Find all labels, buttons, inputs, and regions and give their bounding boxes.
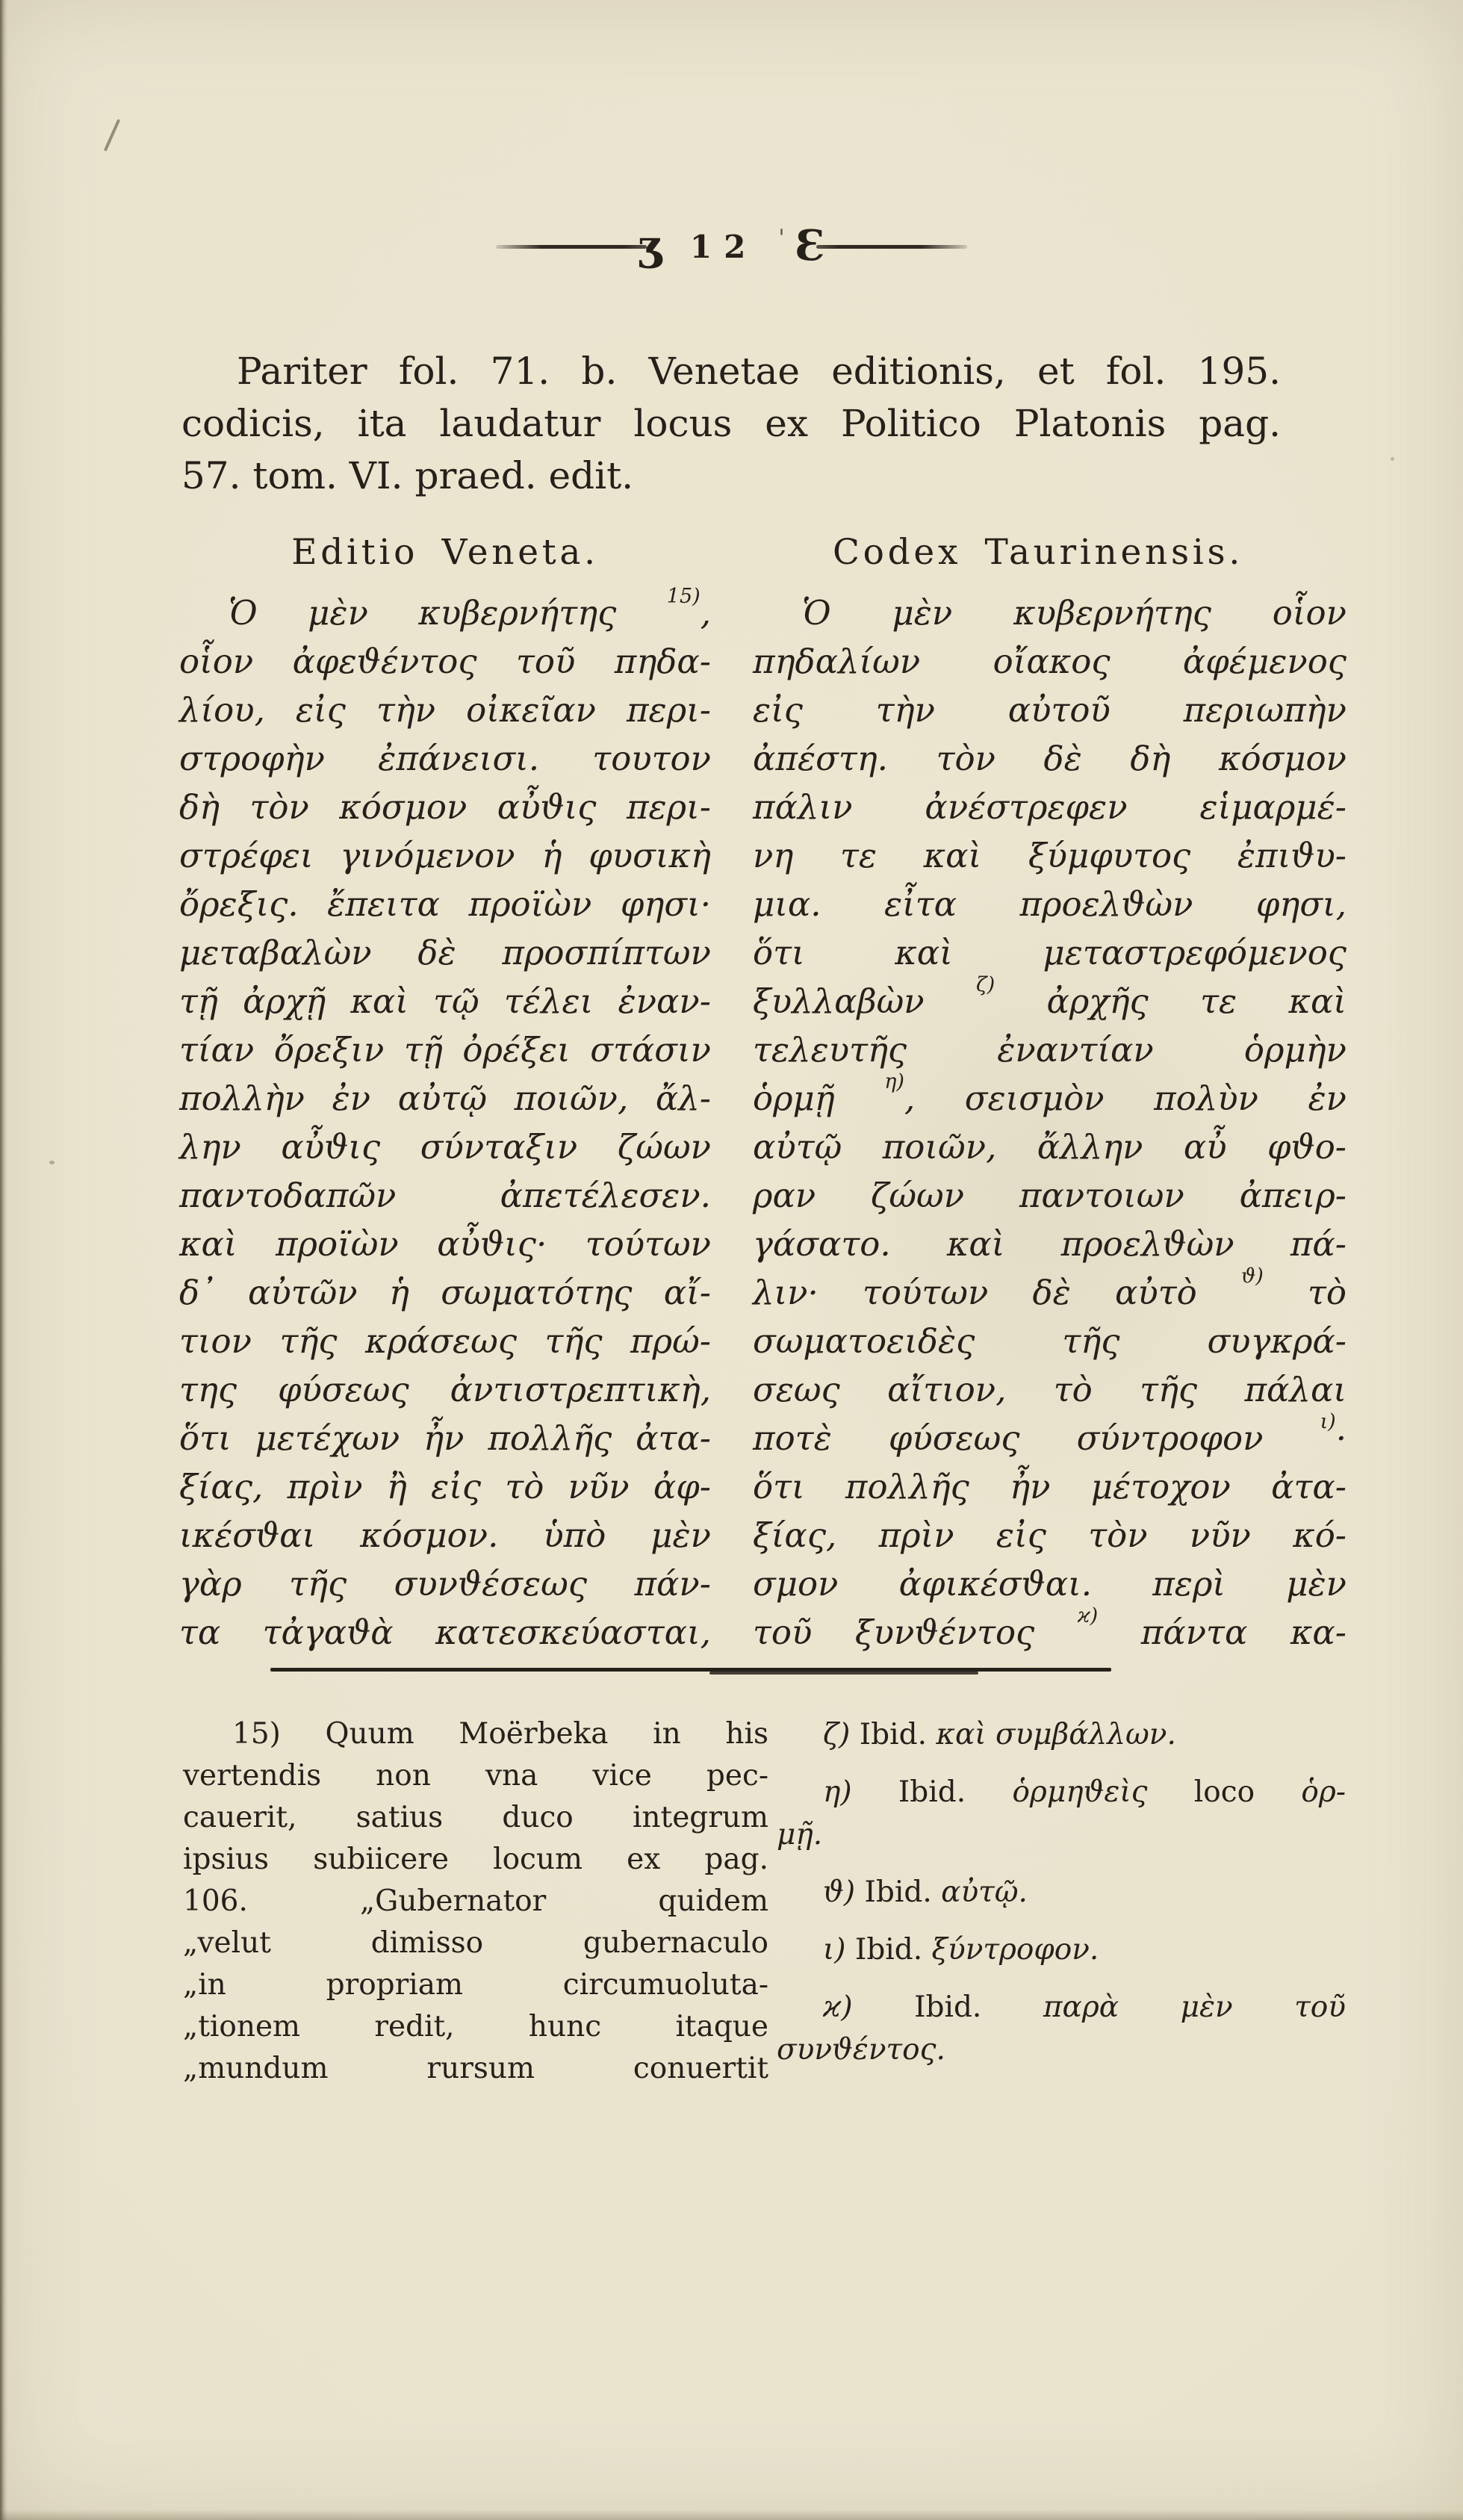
text-line: μια. εἶτα προελϑὼν φησι, (753, 880, 1346, 928)
text-line: οἷον ἀφεϑέντος τοῦ πηδα- (179, 637, 711, 686)
stray-ink-mark: ' (778, 225, 784, 251)
text-line: ὅτι μετέχων ἦν πολλῆς ἀτα- (179, 1414, 711, 1462)
text-line: ὁρμῇ η), σεισμὸν πολὺν ἐν (753, 1074, 1346, 1123)
footnote-15: 15) Quum Moërbeka in hisvertendis non vn… (183, 1713, 768, 2090)
text-line: γάσατο. καὶ προελϑὼν πά- (753, 1220, 1346, 1268)
text-line: codicis, ita laudatur locus ex Politico … (181, 397, 1281, 450)
greek-text: ὁρ- (1301, 1775, 1346, 1809)
text-line: „in propriam circumuoluta- (183, 1964, 768, 2006)
text-line: 57. tom. VI. praed. edit. (181, 450, 1281, 502)
footnote-entry: ζ) Ibid. καὶ συμβάλλων. (777, 1713, 1346, 1756)
header-rule-left (496, 245, 647, 249)
text-line: τελευτῆς ἐναντίαν ὁρμὴν (753, 1025, 1346, 1074)
text-line: τα τἀγαϑὰ κατεσκεύασται, (179, 1608, 711, 1657)
greek-text: ϑ) (823, 1875, 855, 1909)
scan-bottom-shadow (0, 2510, 1463, 2520)
footnote-entry: ϰ) Ibid. παρὰ μὲν τοῦσυνϑέντος. (777, 1986, 1346, 2071)
footnote-reference: ϰ) (1078, 1604, 1098, 1627)
column-title-codex-taurinensis: Codex Taurinensis. (747, 532, 1329, 573)
text-line: Ὁ μὲν κυβερνήτης 15), (179, 589, 711, 637)
text-line: λιν· τούτων δὲ αὐτὸ ϑ) τὸ (753, 1268, 1346, 1317)
column-title-editio-veneta: Editio Veneta. (179, 532, 711, 573)
text-line: δὴ τὸν κόσμον αὖϑις περι- (179, 783, 711, 831)
greek-text: καὶ συμβάλλων. (936, 1718, 1176, 1751)
text-line: πολλὴν ἐν αὐτῷ ποιῶν, ἄλ- (179, 1074, 711, 1123)
text-line: ζ) Ibid. καὶ συμβάλλων. (777, 1713, 1346, 1756)
text-line: ὅτι πολλῆς ἦν μέτοχον ἀτα- (753, 1462, 1346, 1511)
text-line: σωματοειδὲς τῆς συγκρά- (753, 1317, 1346, 1365)
text-line: ποτὲ φύσεως σύντροφον ι)· (753, 1414, 1346, 1462)
greek-text: ζ) (823, 1718, 850, 1751)
text-line: πάλιν ἀνέστρεφεν εἱμαρμέ- (753, 783, 1346, 831)
greek-column-editio-veneta: Ὁ μὲν κυβερνήτης 15),οἷον ἀφεϑέντος τοῦ … (179, 589, 711, 1657)
text-line: ϰ) Ibid. παρὰ μὲν τοῦ (777, 1986, 1346, 2029)
footnote-entry: η) Ibid. ὁρμηϑεὶς loco ὁρ-μῇ. (777, 1771, 1346, 1856)
text-line: ἀπέστη. τὸν δὲ δὴ κόσμον (753, 734, 1346, 783)
text-line: 15) Quum Moërbeka in his (183, 1713, 768, 1755)
footnote-reference: ζ) (976, 973, 995, 996)
text-line: γὰρ τῆς συνϑέσεως πάν- (179, 1560, 711, 1608)
page-number: 12 (690, 229, 757, 265)
ink-speck (1391, 457, 1394, 461)
text-line: ξίας, πρὶν ἢ εἰς τὸ νῦν ἀφ- (179, 1462, 711, 1511)
text-line: μεταβαλὼν δὲ προσπίπτων (179, 928, 711, 977)
greek-column-codex-taurinensis: Ὁ μὲν κυβερνήτης οἷονπηδαλίων οἴακος ἀφέ… (753, 589, 1346, 1657)
text-line: στροφὴν ἐπάνεισι. τουτον (179, 734, 711, 783)
text-line: της φύσεως ἀντιστρεπτικὴ, (179, 1365, 711, 1414)
scan-edge-shadow (0, 0, 7, 2520)
intro-paragraph: Pariter fol. 71. b. Venetae editionis, e… (181, 345, 1281, 502)
header-ornament-left: ʒ (638, 231, 662, 261)
footnote-reference: ι) (1320, 1410, 1336, 1433)
text-line: ξίας, πρὶν εἰς τὸν νῦν κό- (753, 1511, 1346, 1560)
page-header: ʒ 12 ' Ɛ (0, 229, 1463, 265)
footnote-reference: η) (884, 1070, 904, 1093)
text-line: στρέφει γινόμενον ἡ φυσικὴ (179, 831, 711, 880)
footnote-separator-rule-overlap (709, 1672, 978, 1675)
text-line: αὐτῷ ποιῶν, ἄλλην αὖ φϑο- (753, 1123, 1346, 1171)
header-ornament-right: Ɛ (795, 231, 825, 261)
footnotes-greek-variants: ζ) Ibid. καὶ συμβάλλων.η) Ibid. ὁρμηϑεὶς… (777, 1713, 1346, 2086)
greek-text: αὐτῷ. (941, 1875, 1028, 1909)
text-line: λίου, εἰς τὴν οἰκεῖαν περι- (179, 686, 711, 734)
greek-text: ι) (823, 1933, 846, 1967)
text-line: καὶ προϊὼν αὖϑις· τούτων (179, 1220, 711, 1268)
text-line: „velut dimisso gubernaculo (183, 1922, 768, 1964)
header-rule-right (816, 245, 967, 249)
greek-text: μῇ. (777, 1818, 822, 1852)
text-line: Ὁ μὲν κυβερνήτης οἷον (753, 589, 1346, 637)
text-line: πηδαλίων οἴακος ἀφέμενος (753, 637, 1346, 686)
text-line: „mundum rursum conuertit (183, 2048, 768, 2090)
greek-text: η) (823, 1775, 852, 1809)
text-line: παντοδαπῶν ἀπετέλεσεν. (179, 1171, 711, 1220)
text-line: ϑ) Ibid. αὐτῷ. (777, 1871, 1346, 1914)
greek-text: ὁρμηϑεὶς (1012, 1775, 1147, 1809)
ink-speck (49, 1161, 55, 1164)
text-line: τοῦ ξυνϑέντος ϰ) πάντα κα- (753, 1608, 1346, 1657)
text-line: η) Ibid. ὁρμηϑεὶς loco ὁρ- (777, 1771, 1346, 1813)
text-line: „tionem redit, hunc itaque (183, 2006, 768, 2048)
text-line: ραν ζώων παντοιων ἀπειρ- (753, 1171, 1346, 1220)
footnote-entry: ϑ) Ibid. αὐτῷ. (777, 1871, 1346, 1914)
text-line: ι) Ibid. ξύντροφον. (777, 1928, 1346, 1971)
text-line: ὄρεξις. ἔπειτα προϊὼν φησι· (179, 880, 711, 928)
text-line: τῇ ἀρχῇ καὶ τῷ τέλει ἐναν- (179, 977, 711, 1025)
text-line: Pariter fol. 71. b. Venetae editionis, e… (181, 345, 1281, 397)
text-line: ipsius subiicere locum ex pag. (183, 1839, 768, 1881)
greek-text: συνϑέντος. (777, 2033, 945, 2067)
text-line: τιον τῆς κράσεως τῆς πρώ- (179, 1317, 711, 1365)
text-line: τίαν ὄρεξιν τῇ ὀρέξει στάσιν (179, 1025, 711, 1074)
text-line: ικέσϑαι κόσμον. ὑπὸ μὲν (179, 1511, 711, 1560)
text-line: ξυλλαβὼν ζ) ἀρχῆς τε καὶ (753, 977, 1346, 1025)
ink-speck (104, 119, 120, 152)
footnote-separator-rule (270, 1668, 1111, 1672)
text-line: 106. „Gubernator quidem (183, 1881, 768, 1922)
text-line: cauerit, satius duco integrum (183, 1797, 768, 1839)
text-line: νη τε καὶ ξύμφυτος ἐπιϑυ- (753, 831, 1346, 880)
footnote-reference: ϑ) (1241, 1264, 1264, 1288)
greek-text: ϰ) (823, 1990, 853, 2024)
text-line: δ᾽ αὐτῶν ἡ σωματότης αἴ- (179, 1268, 711, 1317)
text-line: ὅτι καὶ μεταστρεφόμενος (753, 928, 1346, 977)
text-line: λην αὖϑις σύνταξιν ζώων (179, 1123, 711, 1171)
text-line: συνϑέντος. (777, 2029, 1346, 2071)
scanned-book-page: ʒ 12 ' Ɛ Pariter fol. 71. b. Venetae edi… (0, 0, 1463, 2520)
text-line: μῇ. (777, 1813, 1346, 1856)
footnote-reference: 15) (667, 585, 701, 608)
text-line: σμον ἀφικέσϑαι. περὶ μὲν (753, 1560, 1346, 1608)
text-line: vertendis non vna vice pec- (183, 1755, 768, 1797)
footnote-entry: ι) Ibid. ξύντροφον. (777, 1928, 1346, 1971)
text-line: εἰς τὴν αὐτοῦ περιωπὴν (753, 686, 1346, 734)
greek-text: παρὰ μὲν τοῦ (1043, 1990, 1346, 2024)
greek-text: ξύντροφον. (932, 1933, 1099, 1967)
text-line: σεως αἴτιον, τὸ τῆς πάλαι (753, 1365, 1346, 1414)
